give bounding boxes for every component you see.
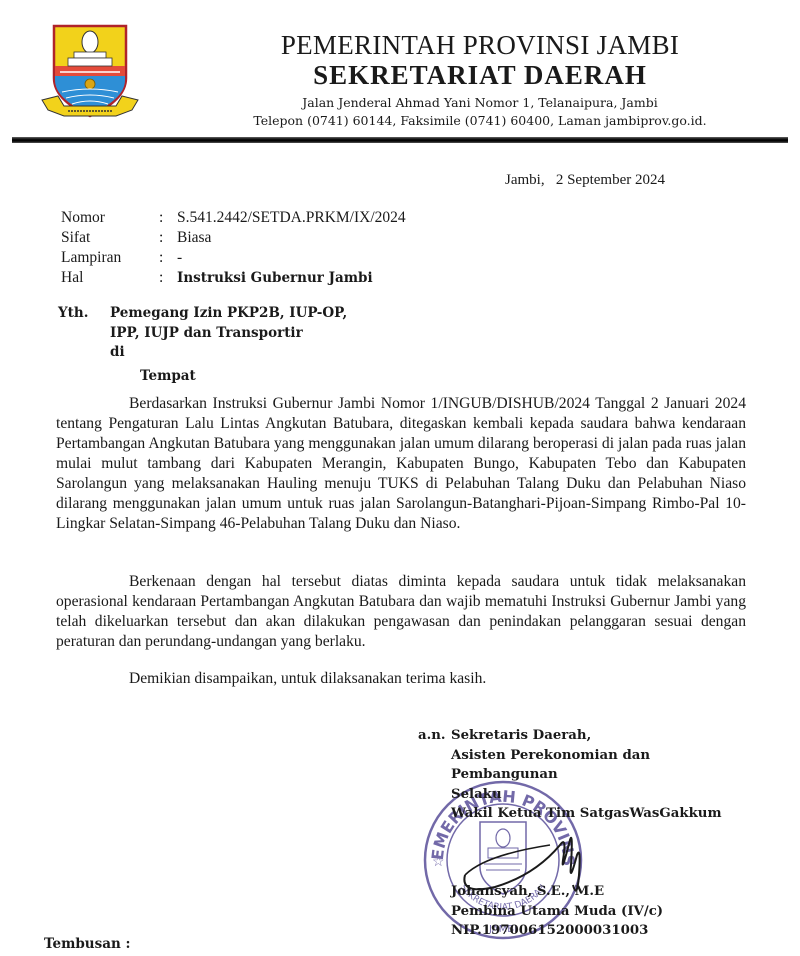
signature-title-line: Wakil Ketua Tim SatgasWasGakkum xyxy=(451,804,722,824)
meta-row-sifat: Sifat : Biasa xyxy=(61,228,406,248)
date-value: 2 September 2024 xyxy=(556,172,665,189)
meta-row-nomor: Nomor : S.541.2442/SETDA.PRKM/IX/2024 xyxy=(61,208,406,228)
signature-title-line: Asisten Perekonomian dan xyxy=(451,746,722,766)
meta-colon: : xyxy=(159,268,177,288)
office-name: SEKRETARIAT DAERAH xyxy=(200,60,760,91)
meta-colon: : xyxy=(159,208,177,228)
letterhead-divider xyxy=(12,137,788,143)
svg-text:☆: ☆ xyxy=(432,854,445,870)
meta-label: Nomor xyxy=(61,208,159,228)
meta-label: Lampiran xyxy=(61,248,159,268)
recipient-line: IPP, IUJP dan Transportir xyxy=(110,324,347,344)
meta-row-lampiran: Lampiran : - xyxy=(61,248,406,268)
signature-title-line: Selaku xyxy=(451,785,722,805)
body-paragraph-closing: Demikian disampaikan, untuk dilaksanakan… xyxy=(56,669,746,689)
meta-value: Instruksi Gubernur Jambi xyxy=(177,268,373,288)
meta-value: Biasa xyxy=(177,228,211,248)
meta-label: Hal xyxy=(61,268,159,288)
signature-title-line: Sekretaris Daerah, xyxy=(451,726,722,746)
date-place: Jambi, xyxy=(505,172,545,189)
recipient-line: Pemegang Izin PKP2B, IUP-OP, xyxy=(110,304,347,324)
recipient-place: Tempat xyxy=(110,367,347,387)
letter-meta: Nomor : S.541.2442/SETDA.PRKM/IX/2024 Si… xyxy=(61,208,406,288)
signatory-rank: Pembina Utama Muda (IV/c) xyxy=(451,902,663,922)
office-contact: Telepon (0741) 60144, Faksimile (0741) 6… xyxy=(200,113,760,128)
signature-an: a.n. xyxy=(418,726,446,746)
meta-value: - xyxy=(177,248,182,268)
signatory-name: Johansyah, S.E., M.E xyxy=(451,882,663,902)
recipient-line: di xyxy=(110,343,347,363)
letter-date: Jambi, 2 September 2024 xyxy=(505,172,665,189)
meta-colon: : xyxy=(159,248,177,268)
recipient-salutation: Yth. xyxy=(58,304,88,324)
jambi-coat-of-arms-icon xyxy=(40,20,140,128)
signatory-nip: NIP.197006152000031003 xyxy=(451,921,663,941)
office-address: Jalan Jenderal Ahmad Yani Nomor 1, Telan… xyxy=(200,95,760,110)
meta-value: S.541.2442/SETDA.PRKM/IX/2024 xyxy=(177,208,406,228)
body-paragraph-2: Berkenaan dengan hal tersebut diatas dim… xyxy=(56,572,746,652)
meta-row-hal: Hal : Instruksi Gubernur Jambi xyxy=(61,268,406,288)
meta-label: Sifat xyxy=(61,228,159,248)
signature-title-line: Pembangunan xyxy=(451,765,722,785)
government-name: PEMERINTAH PROVINSI JAMBI xyxy=(200,30,760,61)
body-paragraph-1: Berdasarkan Instruksi Gubernur Jambi Nom… xyxy=(56,394,746,534)
cc-label: Tembusan : xyxy=(44,936,130,952)
meta-colon: : xyxy=(159,228,177,248)
